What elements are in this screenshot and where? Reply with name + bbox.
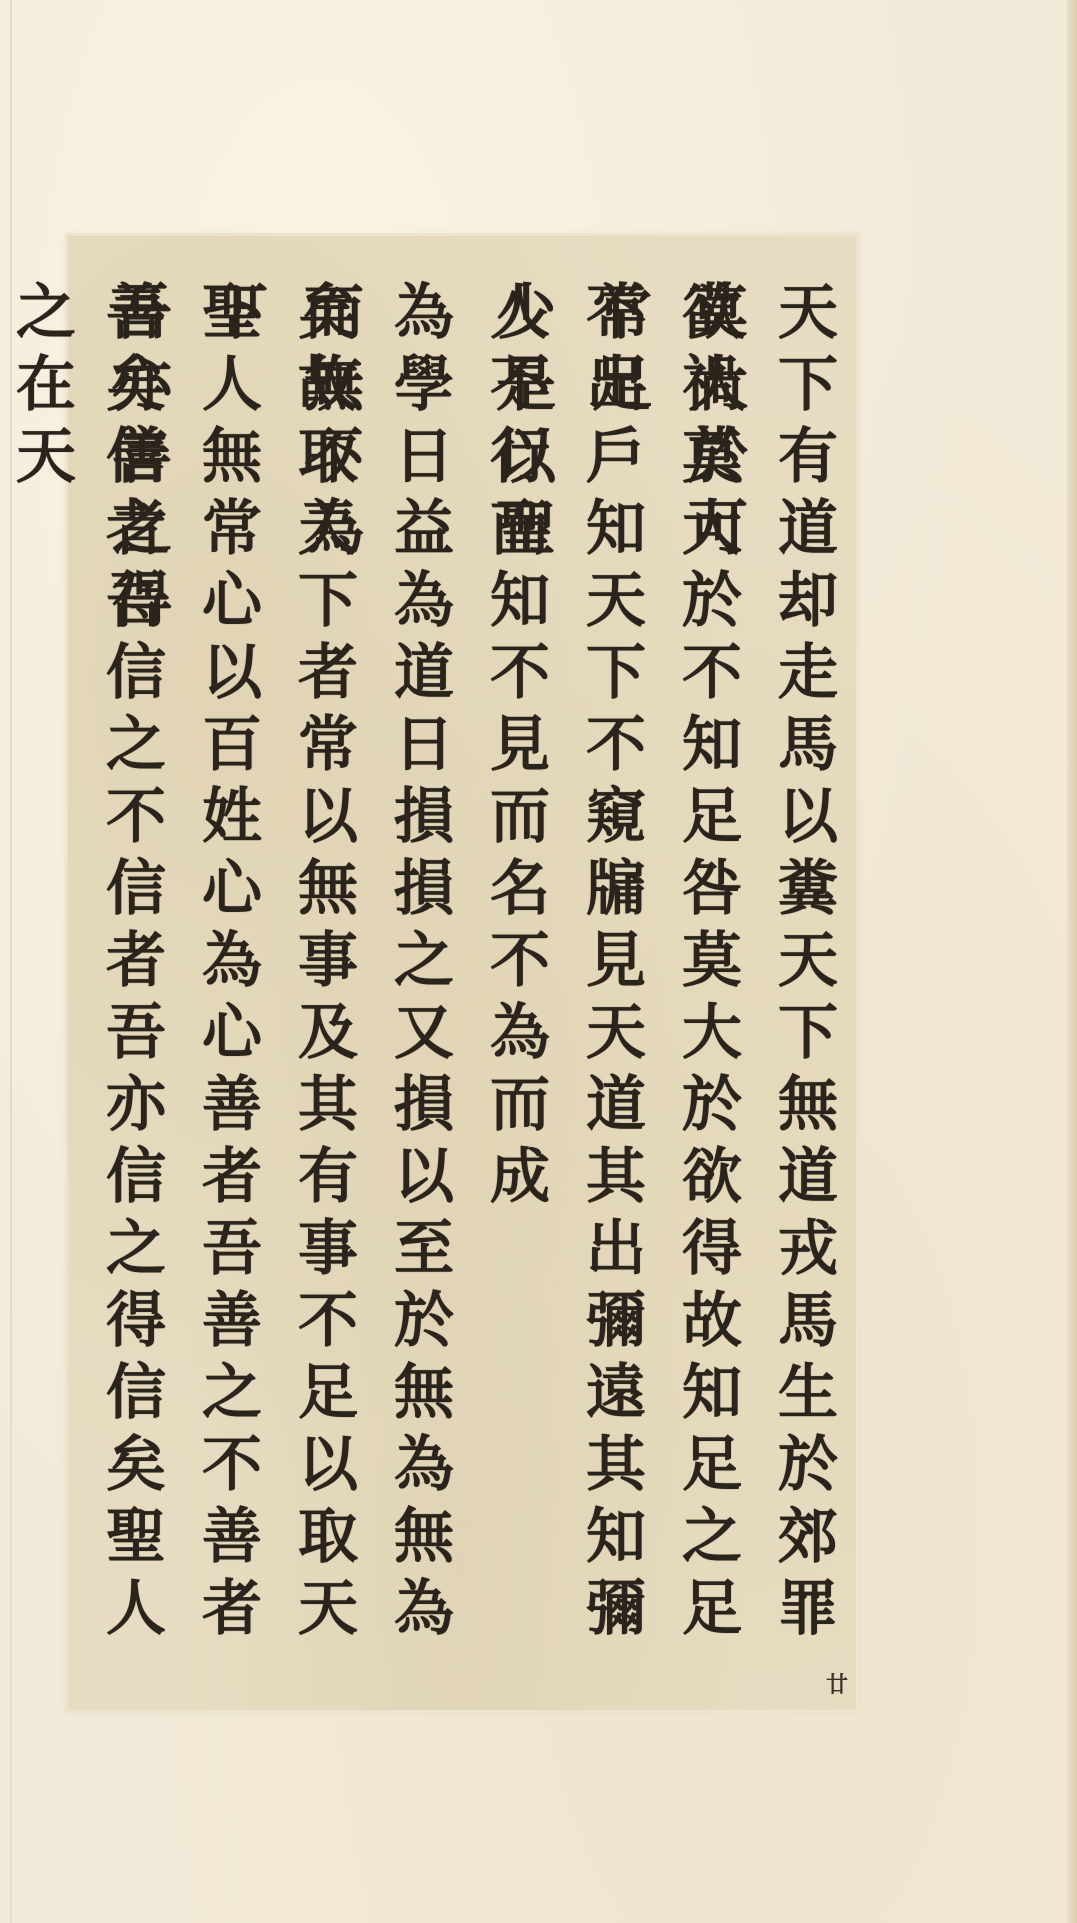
calligraphy-panel: 天下有道却走馬以糞天下無道戎馬生於郊罪莫大於可 欲禍莫大於不知足咎莫大於欲得故知… xyxy=(68,236,856,1710)
text-column-2: 欲禍莫大於不知足咎莫大於欲得故知足之足常足 xyxy=(662,280,752,1710)
text-column-1: 天下有道却走馬以糞天下無道戎馬生於郊罪莫大於可 xyxy=(758,280,848,1710)
text-column-5: 為學日益為道日損損之又損以至於無為無為而無不為 xyxy=(374,280,464,1710)
text-column-3: 不出戶知天下不窺牖見天道其出彌遠其知彌少是以聖 xyxy=(566,280,656,1710)
text-column-7: 聖人無常心以百姓心為心善者吾善之不善者吾亦善之得 xyxy=(182,280,272,1710)
text-column-4: 人不行而知不見而名不為而成 xyxy=(470,280,560,1216)
text-column-6: 矣故取天下者常以無事及其有事不足以取天下 xyxy=(278,280,368,1710)
page-number-mark: 廿 xyxy=(826,1668,848,1699)
mount-right-edge xyxy=(1067,0,1077,1923)
mounting-paper: 天下有道却走馬以糞天下無道戎馬生於郊罪莫大於可 欲禍莫大於不知足咎莫大於欲得故知… xyxy=(0,0,1077,1923)
text-column-8: 善矣信者吾信之不信者吾亦信之得信矣聖人之在天 xyxy=(86,280,176,1710)
